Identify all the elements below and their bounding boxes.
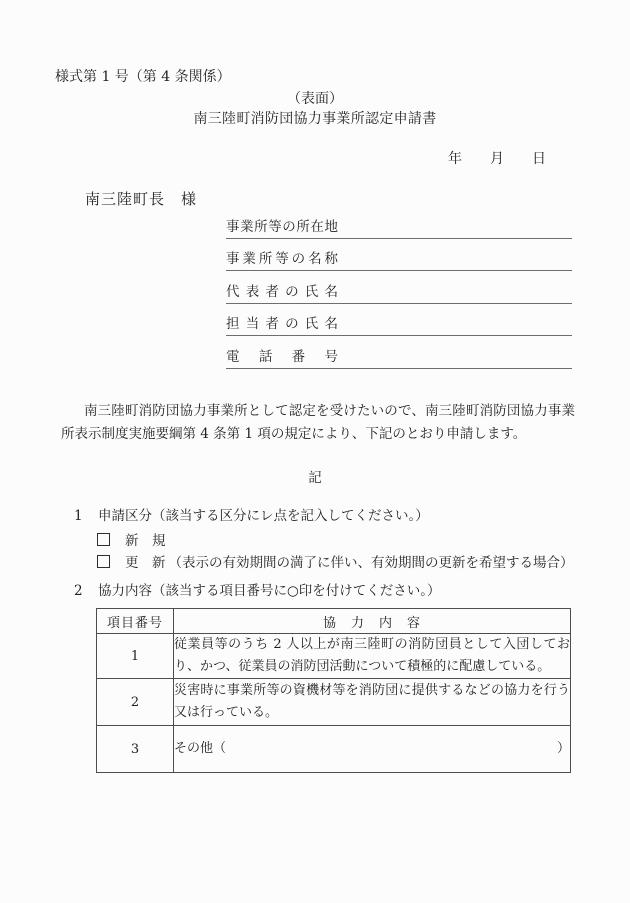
other-prefix: その他（ (174, 738, 226, 760)
section2-heading-row: 2 協力内容（該当する項目番号に○印を付けてください。） (74, 583, 594, 599)
content-cell: 従業員等のうち 2 人以上が南三陸町の消防団員として入団しており、かつ、従業員の… (174, 634, 571, 679)
field-value-contact-person-name (338, 332, 572, 335)
field-row-phone-number: 電話番号 (226, 336, 572, 369)
section2-heading: 協力内容（該当する項目番号に○印を付けてください。） (98, 583, 441, 599)
option-renewal-label: 更 新 (125, 551, 166, 571)
field-value-business-address (338, 235, 572, 238)
form-number: 様式第 1 号（第 4 条関係） (55, 66, 231, 86)
header-item-number: 項目番号 (97, 609, 174, 634)
cooperation-table: 項目番号 協 力 内 容 1 従業員等のうち 2 人以上が南三陸町の消防団員とし… (96, 608, 571, 773)
item-number-cell: 3 (97, 726, 174, 773)
field-label-phone-number: 電話番号 (226, 345, 338, 368)
field-row-representative-name: 代表者の氏名 (226, 271, 572, 304)
field-row-contact-person-name: 担当者の氏名 (226, 304, 572, 337)
item-number-cell: 2 (97, 679, 174, 726)
date-line: 年 月 日 (448, 148, 546, 168)
section1-heading: 申請区分（該当する区分にレ点を記入してください。） (98, 508, 429, 524)
addressee: 南三陸町長 様 (85, 188, 197, 209)
content-cell-other: その他（ ） (174, 726, 571, 773)
checkbox-new-icon (97, 533, 110, 546)
side-label: （表面） (0, 88, 630, 108)
field-label-business-address: 事業所等の所在地 (226, 215, 338, 238)
field-row-business-name: 事業所等の名称 (226, 239, 572, 272)
other-suffix: ） (557, 738, 570, 760)
page-title: 南三陸町消防団協力事業所認定申請書 (0, 108, 630, 128)
table-row: 2 災害時に事業所等の資機材等を消防団に提供するなどの協力を行う又は行っている。 (97, 679, 571, 726)
header-cooperation-content: 協 力 内 容 (174, 609, 571, 634)
section2-number: 2 (74, 583, 98, 599)
field-row-business-address: 事業所等の所在地 (226, 206, 572, 239)
field-label-business-name: 事業所等の名称 (226, 247, 338, 270)
checkbox-renewal-icon (97, 555, 110, 568)
table-row: 1 従業員等のうち 2 人以上が南三陸町の消防団員として入団しており、かつ、従業… (97, 634, 571, 679)
section1-number: 1 (74, 508, 98, 524)
field-value-business-name (338, 267, 572, 270)
table-header-row: 項目番号 協 力 内 容 (97, 609, 571, 634)
option-new-label: 新 規 (125, 529, 166, 549)
field-label-representative-name: 代表者の氏名 (226, 280, 338, 303)
field-value-representative-name (338, 300, 572, 303)
table-row: 3 その他（ ） (97, 726, 571, 773)
form-page: 様式第 1 号（第 4 条関係） （表面） 南三陸町消防団協力事業所認定申請書 … (0, 0, 630, 903)
application-paragraph: 南三陸町消防団協力事業所として認定を受けたいので、南三陸町消防団協力事業所表示制… (61, 400, 575, 446)
section1-heading-row: 1 申請区分（該当する区分にレ点を記入してください。） (74, 508, 594, 524)
ki-label: 記 (0, 466, 630, 486)
item-number-cell: 1 (97, 634, 174, 679)
option-renewal-note: （表示の有効期間の満了に伴い、有効期間の更新を希望する場合） (169, 551, 574, 571)
applicant-fields: 事業所等の所在地 事業所等の名称 代表者の氏名 担当者の氏名 電話番号 (226, 206, 572, 369)
field-label-contact-person-name: 担当者の氏名 (226, 312, 338, 335)
field-value-phone-number (338, 365, 572, 368)
content-cell: 災害時に事業所等の資機材等を消防団に提供するなどの協力を行う又は行っている。 (174, 679, 571, 726)
option-renewal: 更 新 （表示の有効期間の満了に伴い、有効期間の更新を希望する場合） (97, 551, 574, 571)
option-new: 新 規 (97, 529, 169, 549)
